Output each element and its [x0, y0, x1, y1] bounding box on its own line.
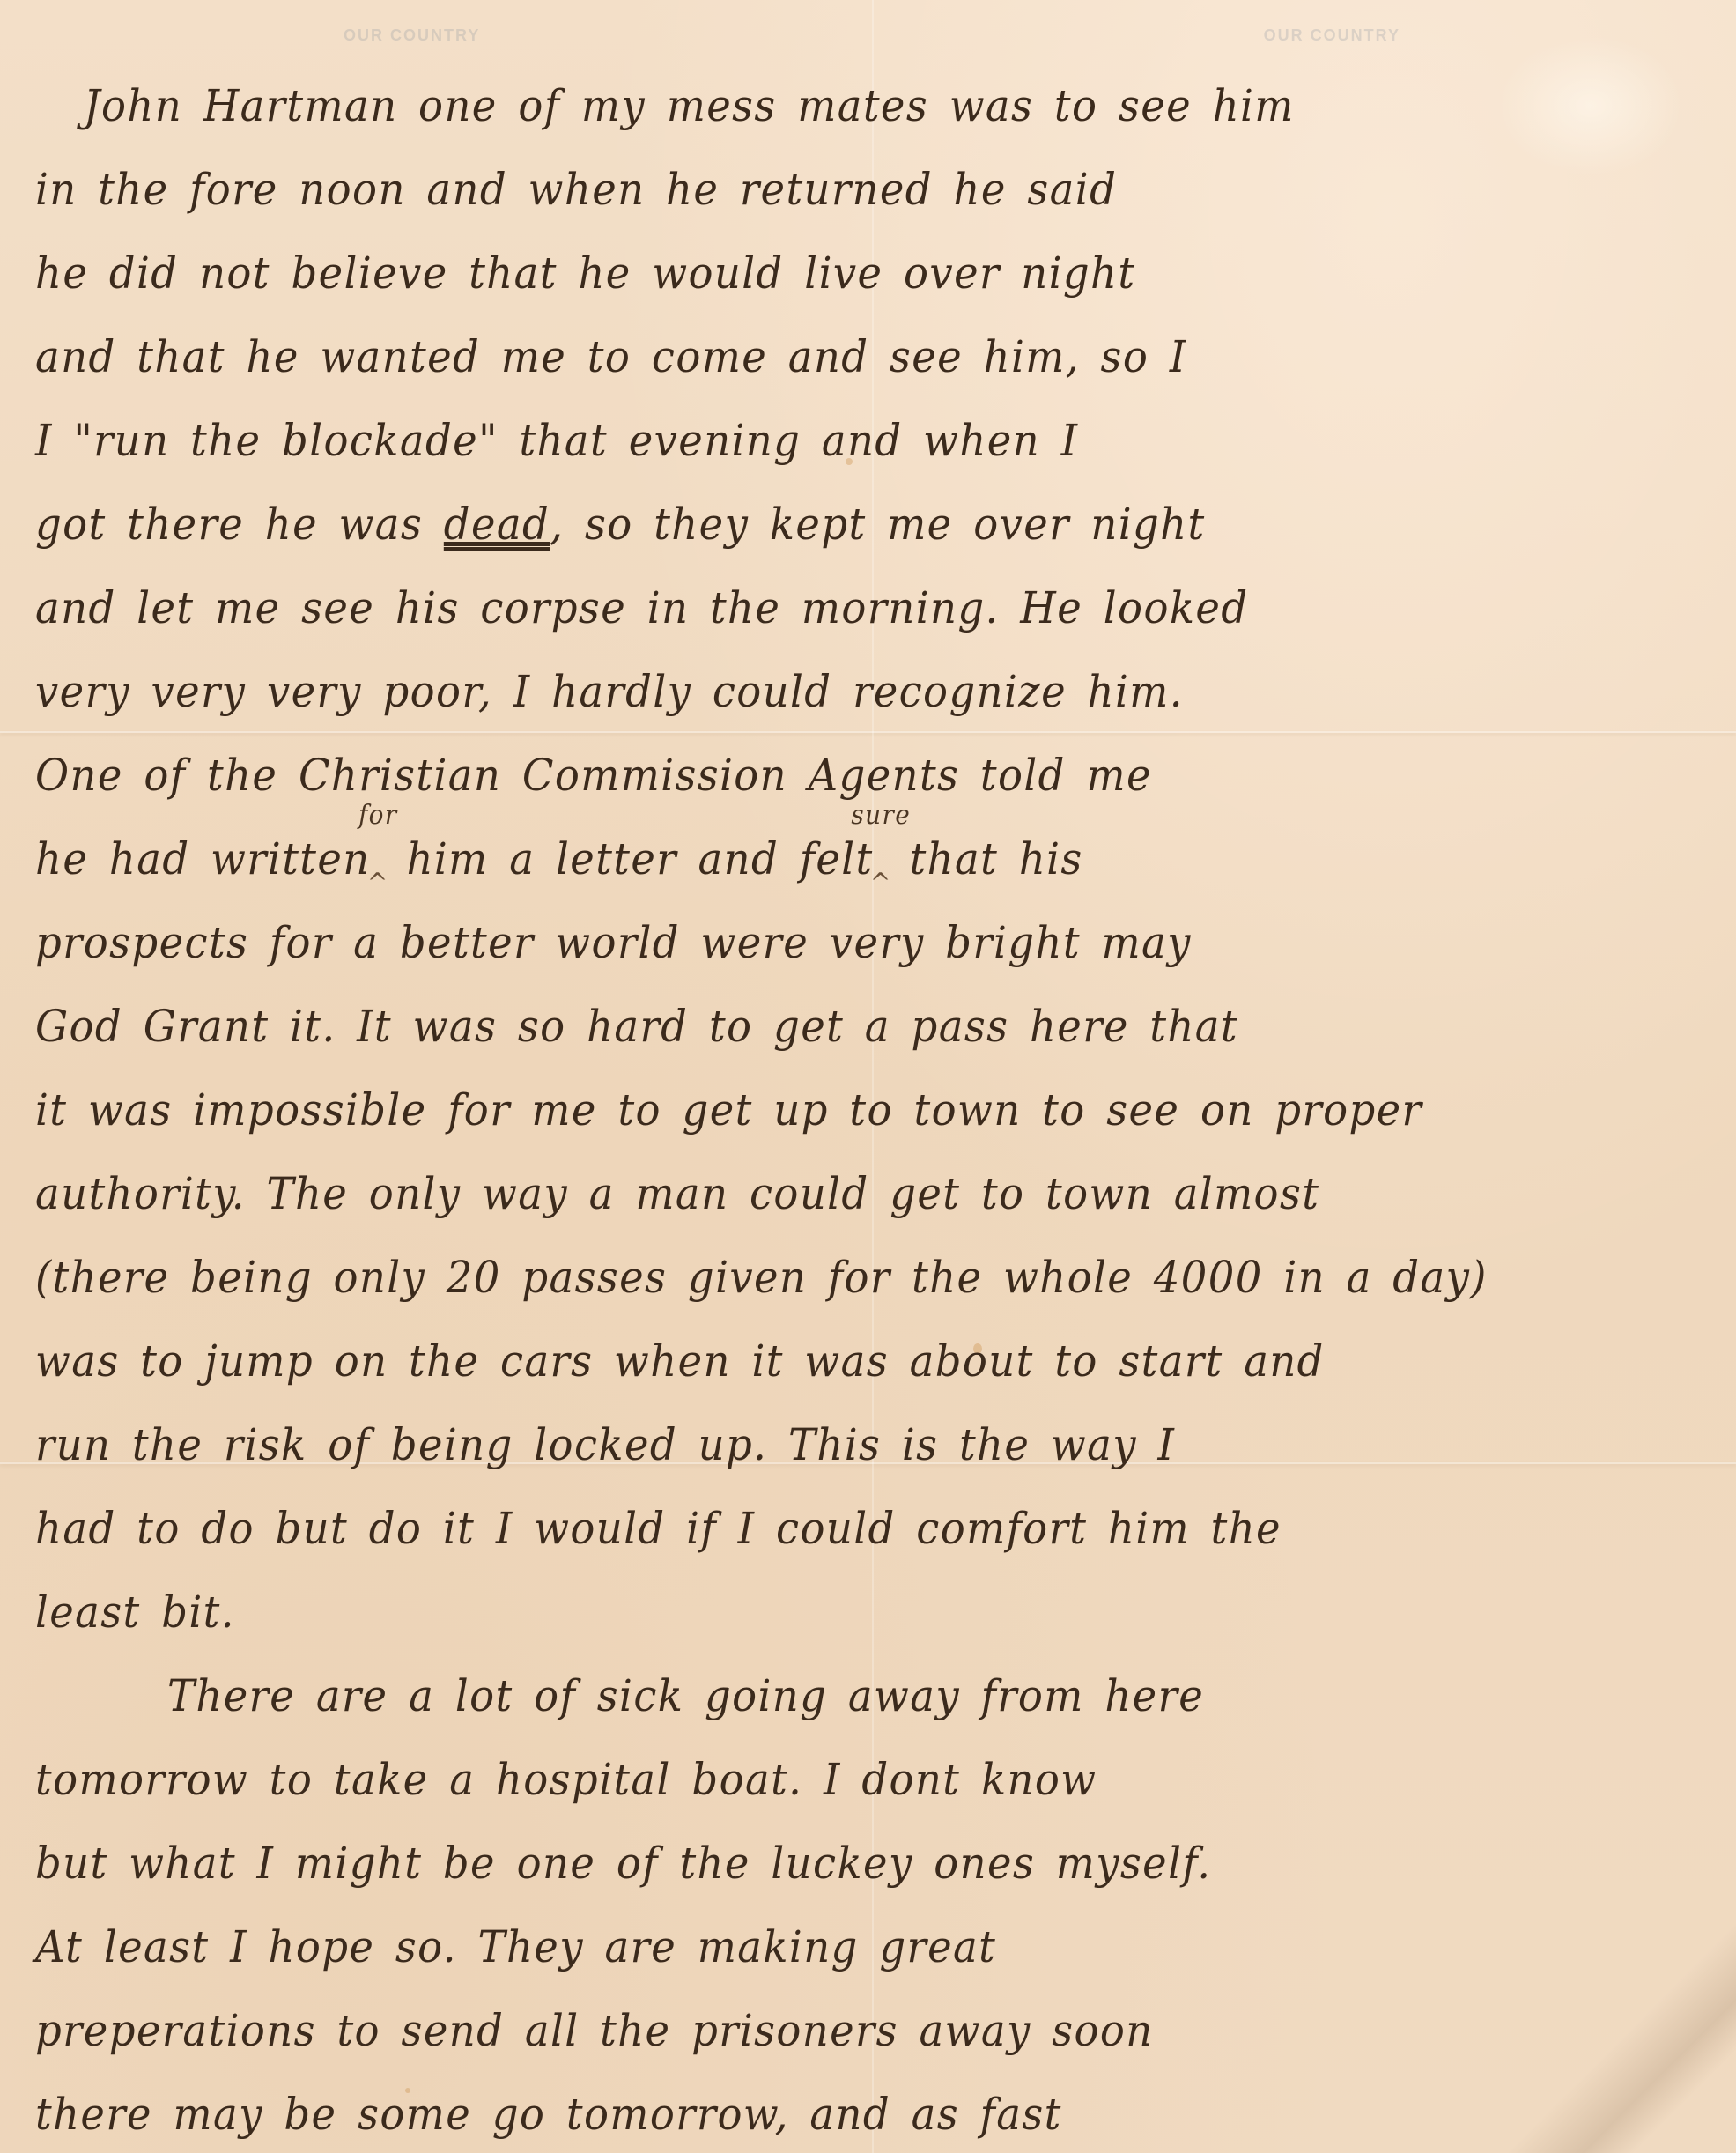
- letter-line: was to jump on the cars when it was abou…: [35, 1335, 1592, 1387]
- letter-line: One of the Christian Commission Agents t…: [35, 749, 1592, 802]
- caret-mark: ^: [367, 868, 389, 899]
- letter-line: God Grant it. It was so hard to get a pa…: [35, 1000, 1592, 1053]
- caret-mark: ^: [870, 868, 892, 899]
- letter-line: and let me see his corpse in the morning…: [35, 581, 1592, 634]
- fold-crease: [0, 731, 1736, 733]
- letter-line: and that he wanted me to come and see hi…: [35, 330, 1592, 383]
- letter-line: At least I hope so. They are making grea…: [35, 1920, 1592, 1973]
- letter-line: (there being only 20 passes given for th…: [35, 1251, 1592, 1304]
- letter-line: preperations to send all the prisoners a…: [35, 2004, 1592, 2057]
- letter-line: I "run the blockade" that evening and wh…: [35, 414, 1592, 467]
- letter-line: tomorrow to take a hospital boat. I dont…: [35, 1753, 1592, 1806]
- letterhead-right: OUR COUNTRY: [1264, 26, 1400, 45]
- letter-line: it was impossible for me to get up to to…: [35, 1084, 1592, 1136]
- letter-line: had to do but do it I would if I could c…: [35, 1502, 1592, 1555]
- letter-line: got there he was dead, so they kept me o…: [35, 498, 1592, 551]
- letter-line: run the risk of being locked up. This is…: [35, 1418, 1592, 1471]
- letter-line: John Hartman one of my mess mates was to…: [84, 79, 1596, 132]
- letter-line: he did not believe that he would live ov…: [35, 247, 1592, 300]
- letter-line: authority. The only way a man could get …: [35, 1167, 1592, 1220]
- letterhead-left: OUR COUNTRY: [344, 26, 480, 45]
- letter-line: but what I might be one of the luckey on…: [35, 1837, 1592, 1890]
- letter-line: least bit.: [35, 1586, 1592, 1639]
- insertion: sure^: [874, 832, 889, 910]
- line-text: he had written: [35, 833, 371, 884]
- letter-line: very very very poor, I hardly could reco…: [35, 665, 1592, 718]
- inserted-word: sure: [851, 803, 911, 829]
- letter-line: There are a lot of sick going away from …: [167, 1669, 1601, 1722]
- letter-page: OUR COUNTRY OUR COUNTRY John Hartman one…: [0, 0, 1736, 2153]
- insertion: for^: [371, 832, 386, 910]
- line-text: , so they kept me over night: [550, 499, 1205, 550]
- line-text: got there he was: [35, 499, 444, 550]
- letter-line: prospects for a better world were very b…: [35, 916, 1592, 969]
- line-text: that his: [889, 833, 1083, 884]
- letter-line: he had writtenfor^ him a letter and felt…: [35, 832, 1592, 910]
- letter-line: in the fore noon and when he returned he…: [35, 163, 1592, 216]
- underlined-word: dead: [444, 499, 550, 550]
- line-text: him a letter and felt: [386, 833, 874, 884]
- letter-line: there may be some go tomorrow, and as fa…: [35, 2088, 1592, 2141]
- fold-crease: [872, 0, 874, 2153]
- inserted-word: for: [358, 803, 398, 829]
